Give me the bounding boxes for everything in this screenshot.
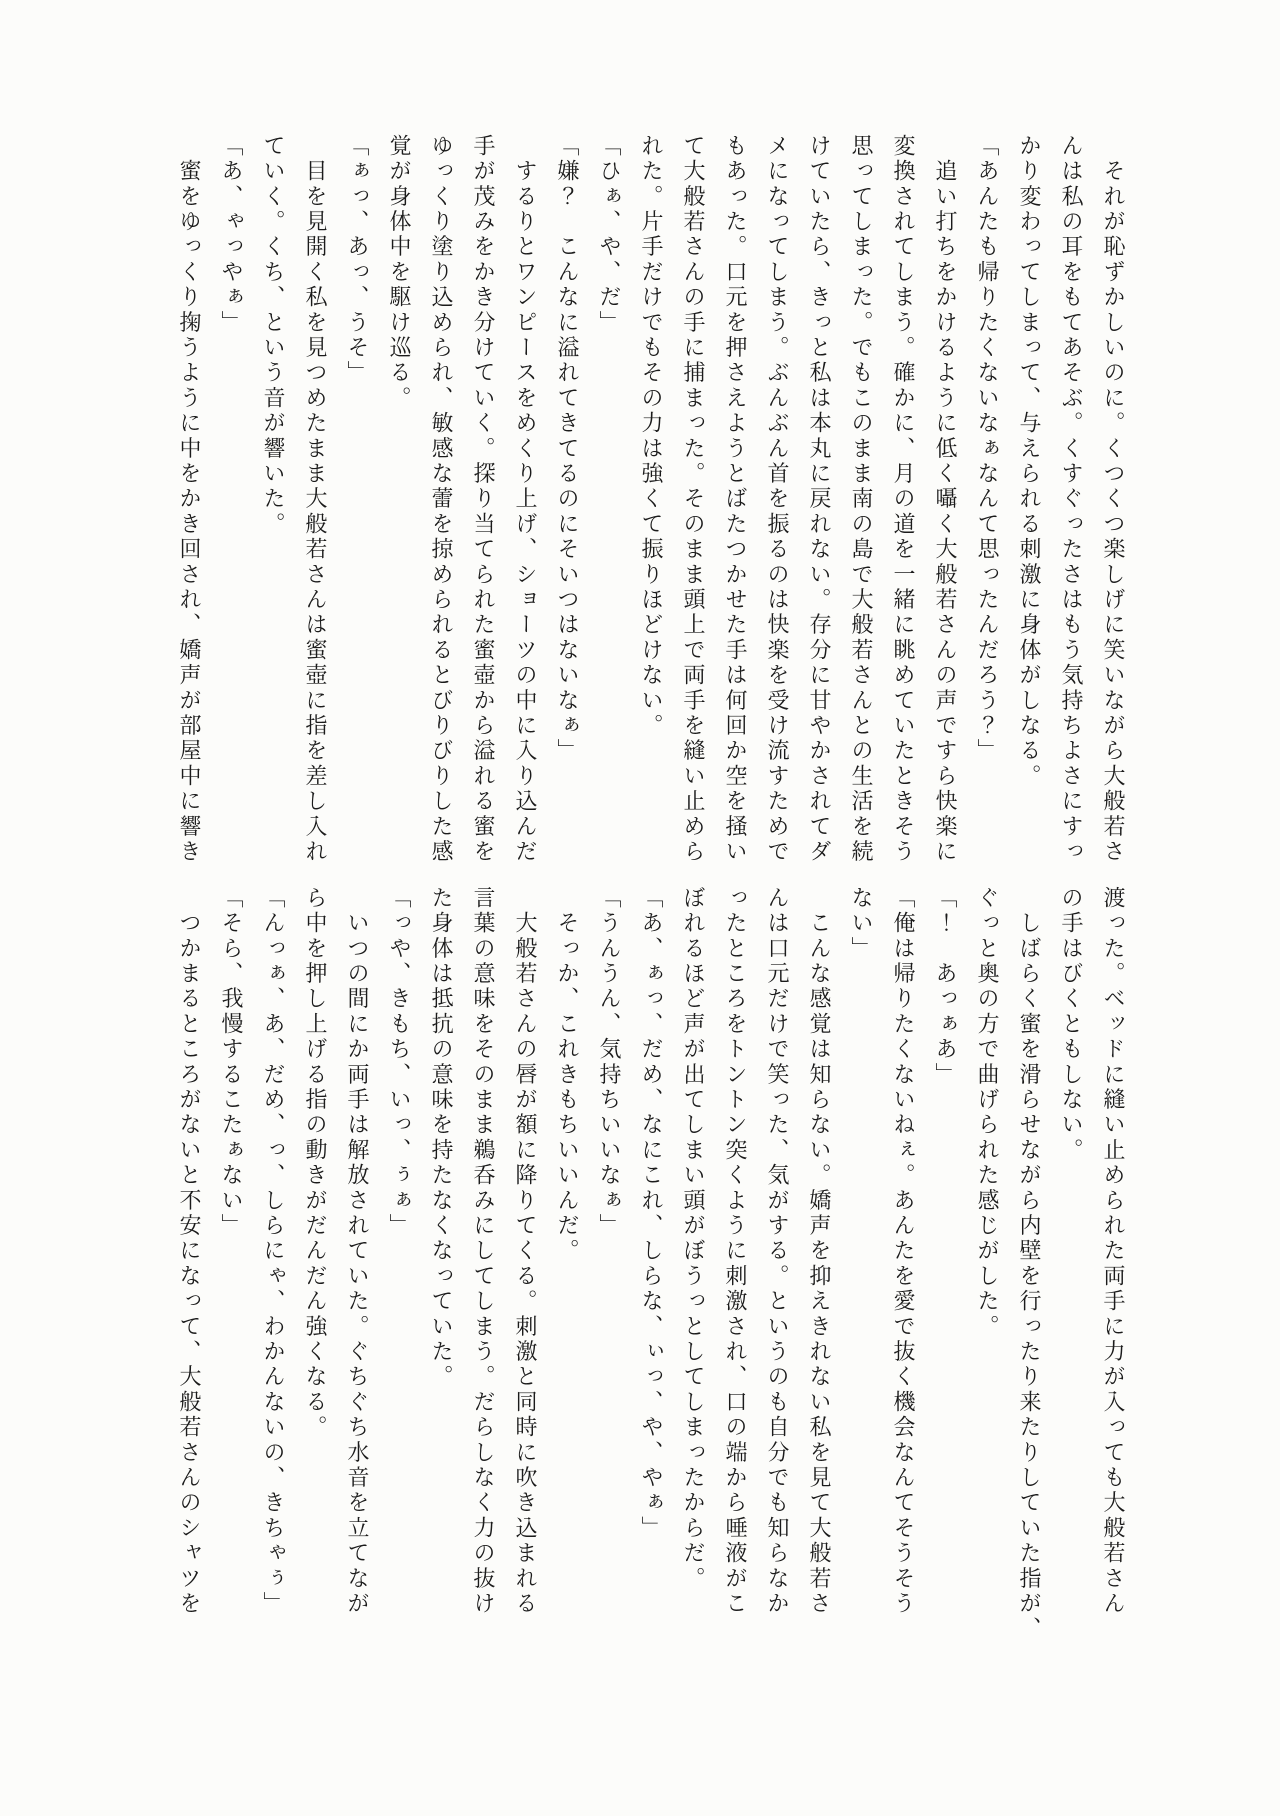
text-line: ぐっと奥の方で曲げられた感じがした。 [966, 886, 1008, 1638]
text-line: 「うんうん、気持ちいいなぁ」 [588, 886, 630, 1638]
text-line: 思ってしまった。でもこのまま南の島で大般若さんとの生活を続 [840, 134, 882, 886]
text-line: 覚が身体中を駆け巡る。 [378, 134, 420, 886]
text-line: ったところをトントン突くように刺激され、口の端から唾液がこ [714, 886, 756, 1638]
text-line: メになってしまう。ぶんぶん首を振るのは快楽を受け流すためで [756, 134, 798, 886]
text-line: れた。片手だけでもその力は強くて振りほどけない。 [630, 134, 672, 886]
text-line: 「ひぁ、や、だ」 [588, 134, 630, 886]
text-line: 追い打ちをかけるように低く囁く大般若さんの声ですら快楽に [924, 134, 966, 886]
text-line: 目を見開く私を見つめたまま大般若さんは蜜壺に指を差し入れ [294, 134, 336, 886]
text-line: た身体は抵抗の意味を持たなくなっていた。 [420, 886, 462, 1638]
text-line: そっか、これきもちいいんだ。 [546, 886, 588, 1638]
text-line: 「あ、ぁっ、だめ、なにこれ、しらな、ぃっ、や、やぁ」 [630, 886, 672, 1638]
text-line: ていく。くち、という音が響いた。 [252, 134, 294, 886]
text-line: いつの間にか両手は解放されていた。ぐちぐち水音を立てなが [336, 886, 378, 1638]
text-line: もあった。口元を押さえようとばたつかせた手は何回か空を掻い [714, 134, 756, 886]
text-line: 大般若さんの唇が額に降りてくる。刺激と同時に吹き込まれる [504, 886, 546, 1638]
text-line: て大般若さんの手に捕まった。そのまま頭上で両手を縫い止めら [672, 134, 714, 886]
text-line: するりとワンピースをめくり上げ、ショーツの中に入り込んだ [504, 134, 546, 886]
text-line: ない」 [840, 886, 882, 1638]
text-line: 「そら、我慢するこたぁない」 [210, 886, 252, 1638]
text-line: 「あんたも帰りたくないなぁなんて思ったんだろう？」 [966, 134, 1008, 886]
text-line: 渡った。ベッドに縫い止められた両手に力が入っても大般若さん [1092, 886, 1134, 1638]
text-line: それが恥ずかしいのに。くつくつ楽しげに笑いながら大般若さ [1092, 134, 1134, 886]
text-line: 「俺は帰りたくないねぇ。あんたを愛で抜く機会なんてそうそう [882, 886, 924, 1638]
text-line: ゆっくり塗り込められ、敏感な蕾を掠められるとびりびりした感 [420, 134, 462, 886]
text-line: つかまるところがないと不安になって、大般若さんのシャツを [168, 886, 210, 1638]
text-line: しばらく蜜を滑らせながら内壁を行ったり来たりしていた指が、 [1008, 886, 1050, 1638]
text-line: んは口元だけで笑った、気がする。というのも自分でも知らなか [756, 886, 798, 1638]
text-line: ぼれるほど声が出てしまい頭がぼうっとしてしまったからだ。 [672, 886, 714, 1638]
text-line: 「ぁっ、あっ、うそ」 [336, 134, 378, 886]
text-line: 言葉の意味をそのまま鵜呑みにしてしまう。だらしなく力の抜け [462, 886, 504, 1638]
text-line: 手が茂みをかき分けていく。探り当てられた蜜壺から溢れる蜜を [462, 134, 504, 886]
top-text-block: それが恥ずかしいのに。くつくつ楽しげに笑いながら大般若さんは私の耳をもてあそぶ。… [168, 134, 1134, 886]
text-line: の手はびくともしない。 [1050, 886, 1092, 1638]
text-line: こんな感覚は知らない。嬌声を抑えきれない私を見て大般若さ [798, 886, 840, 1638]
text-line: 「嫌？ こんなに溢れてきてるのにそいつはないなぁ」 [546, 134, 588, 886]
text-line: 「んっぁ、あ、だめ、っ、しらにゃ、わかんないの、きちゃぅ」 [252, 886, 294, 1638]
text-line: かり変わってしまって、与えられる刺激に身体がしなる。 [1008, 134, 1050, 886]
text-line: 「！ あっぁあ」 [924, 886, 966, 1638]
novel-page: それが恥ずかしいのに。くつくつ楽しげに笑いながら大般若さんは私の耳をもてあそぶ。… [0, 0, 1280, 1816]
bottom-text-block: 渡った。ベッドに縫い止められた両手に力が入っても大般若さんの手はびくともしない。… [168, 886, 1134, 1638]
text-line: 蜜をゆっくり掬うように中をかき回され、嬌声が部屋中に響き [168, 134, 210, 886]
text-line: 「あ、ゃっやぁ」 [210, 134, 252, 886]
text-line: んは私の耳をもてあそぶ。くすぐったさはもう気持ちよさにすっ [1050, 134, 1092, 886]
text-line: 「っや、きもち、いっ、ぅぁ」 [378, 886, 420, 1638]
text-line: 変換されてしまう。確かに、月の道を一緒に眺めていたときそう [882, 134, 924, 886]
text-line: ら中を押し上げる指の動きがだんだん強くなる。 [294, 886, 336, 1638]
text-line: けていたら、きっと私は本丸に戻れない。存分に甘やかされてダ [798, 134, 840, 886]
